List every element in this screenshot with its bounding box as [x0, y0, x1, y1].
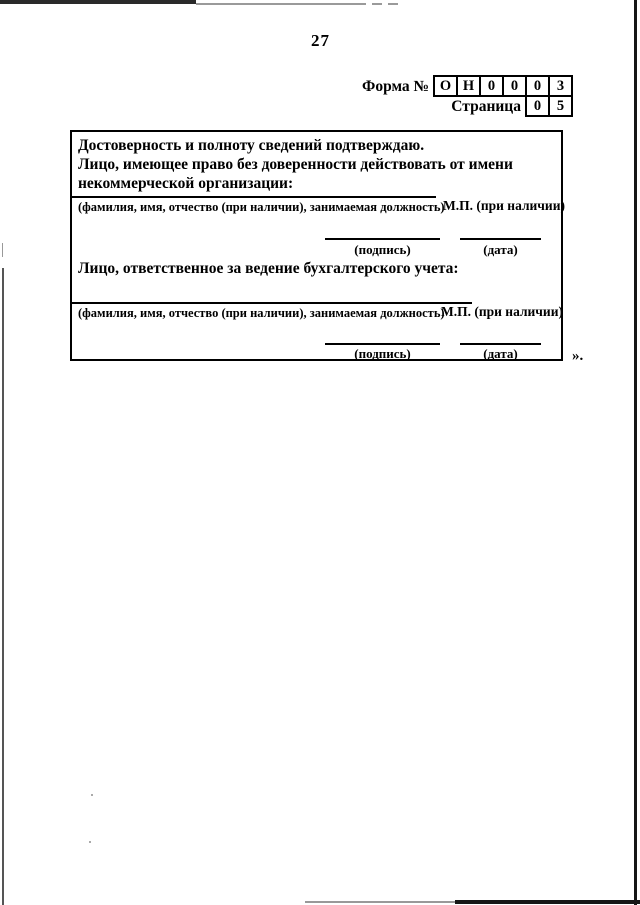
scan-edge-right: [634, 0, 637, 905]
authorized-person-line-1: Лицо, имеющее право без доверенности дей…: [78, 156, 513, 174]
signer1-name-line: [72, 196, 436, 198]
scan-edge-left: [2, 268, 4, 905]
form-code-cell-2: Н: [456, 75, 481, 97]
scan-speck: [89, 841, 91, 843]
form-code-cell-3: 0: [479, 75, 504, 97]
signer2-date-line: [460, 343, 541, 345]
signer1-date-caption: (дата): [460, 242, 541, 258]
page-code-cell-1: 0: [525, 95, 550, 117]
scan-edge-top-dark: [0, 0, 196, 4]
signer1-signature-line: [325, 238, 440, 240]
form-code-cell-4: 0: [502, 75, 527, 97]
scan-edge-left-dash: [2, 243, 3, 257]
document-page: 27 Форма № О Н 0 0 0 3 Страница 0 5 Дост…: [0, 0, 640, 905]
page-cells-label: Страница: [443, 98, 521, 116]
authorized-person-line-2: некоммерческой организации:: [78, 175, 293, 193]
scan-edge-bottom-gray: [305, 901, 455, 903]
signer2-name-line: [72, 302, 472, 304]
scan-edge-top-dashes: [356, 3, 404, 5]
signer1-stamp-caption: М.П. (при наличии): [443, 198, 565, 214]
signer2-signature-line: [325, 343, 440, 345]
signer1-name-caption: (фамилия, имя, отчество (при наличии), з…: [78, 200, 445, 215]
form-code-cell-6: 3: [548, 75, 573, 97]
confirmation-line: Достоверность и полноту сведений подтвер…: [78, 137, 424, 155]
closing-quote-mark: ».: [572, 348, 583, 365]
signer2-name-caption: (фамилия, имя, отчество (при наличии), з…: [78, 306, 445, 321]
page-code-cell-2: 5: [548, 95, 573, 117]
scan-speck: [91, 794, 93, 796]
signer1-date-line: [460, 238, 541, 240]
page-number: 27: [311, 31, 330, 51]
form-number-label: Форма №: [362, 78, 429, 96]
scan-edge-top-gray: [196, 3, 356, 5]
accountant-person-line: Лицо, ответственное за ведение бухгалтер…: [78, 260, 459, 278]
signer2-stamp-caption: М.П. (при наличии): [441, 304, 563, 320]
form-code-cells: О Н 0 0 0 3: [433, 75, 573, 97]
form-code-cell-1: О: [433, 75, 458, 97]
signer1-signature-caption: (подпись): [325, 242, 440, 258]
form-code-cell-5: 0: [525, 75, 550, 97]
page-code-cells: 0 5: [525, 95, 573, 117]
signer2-date-caption: (дата): [460, 346, 541, 362]
scan-edge-bottom-dark: [455, 900, 640, 904]
declaration-box: Достоверность и полноту сведений подтвер…: [70, 130, 563, 361]
signer2-signature-caption: (подпись): [325, 346, 440, 362]
